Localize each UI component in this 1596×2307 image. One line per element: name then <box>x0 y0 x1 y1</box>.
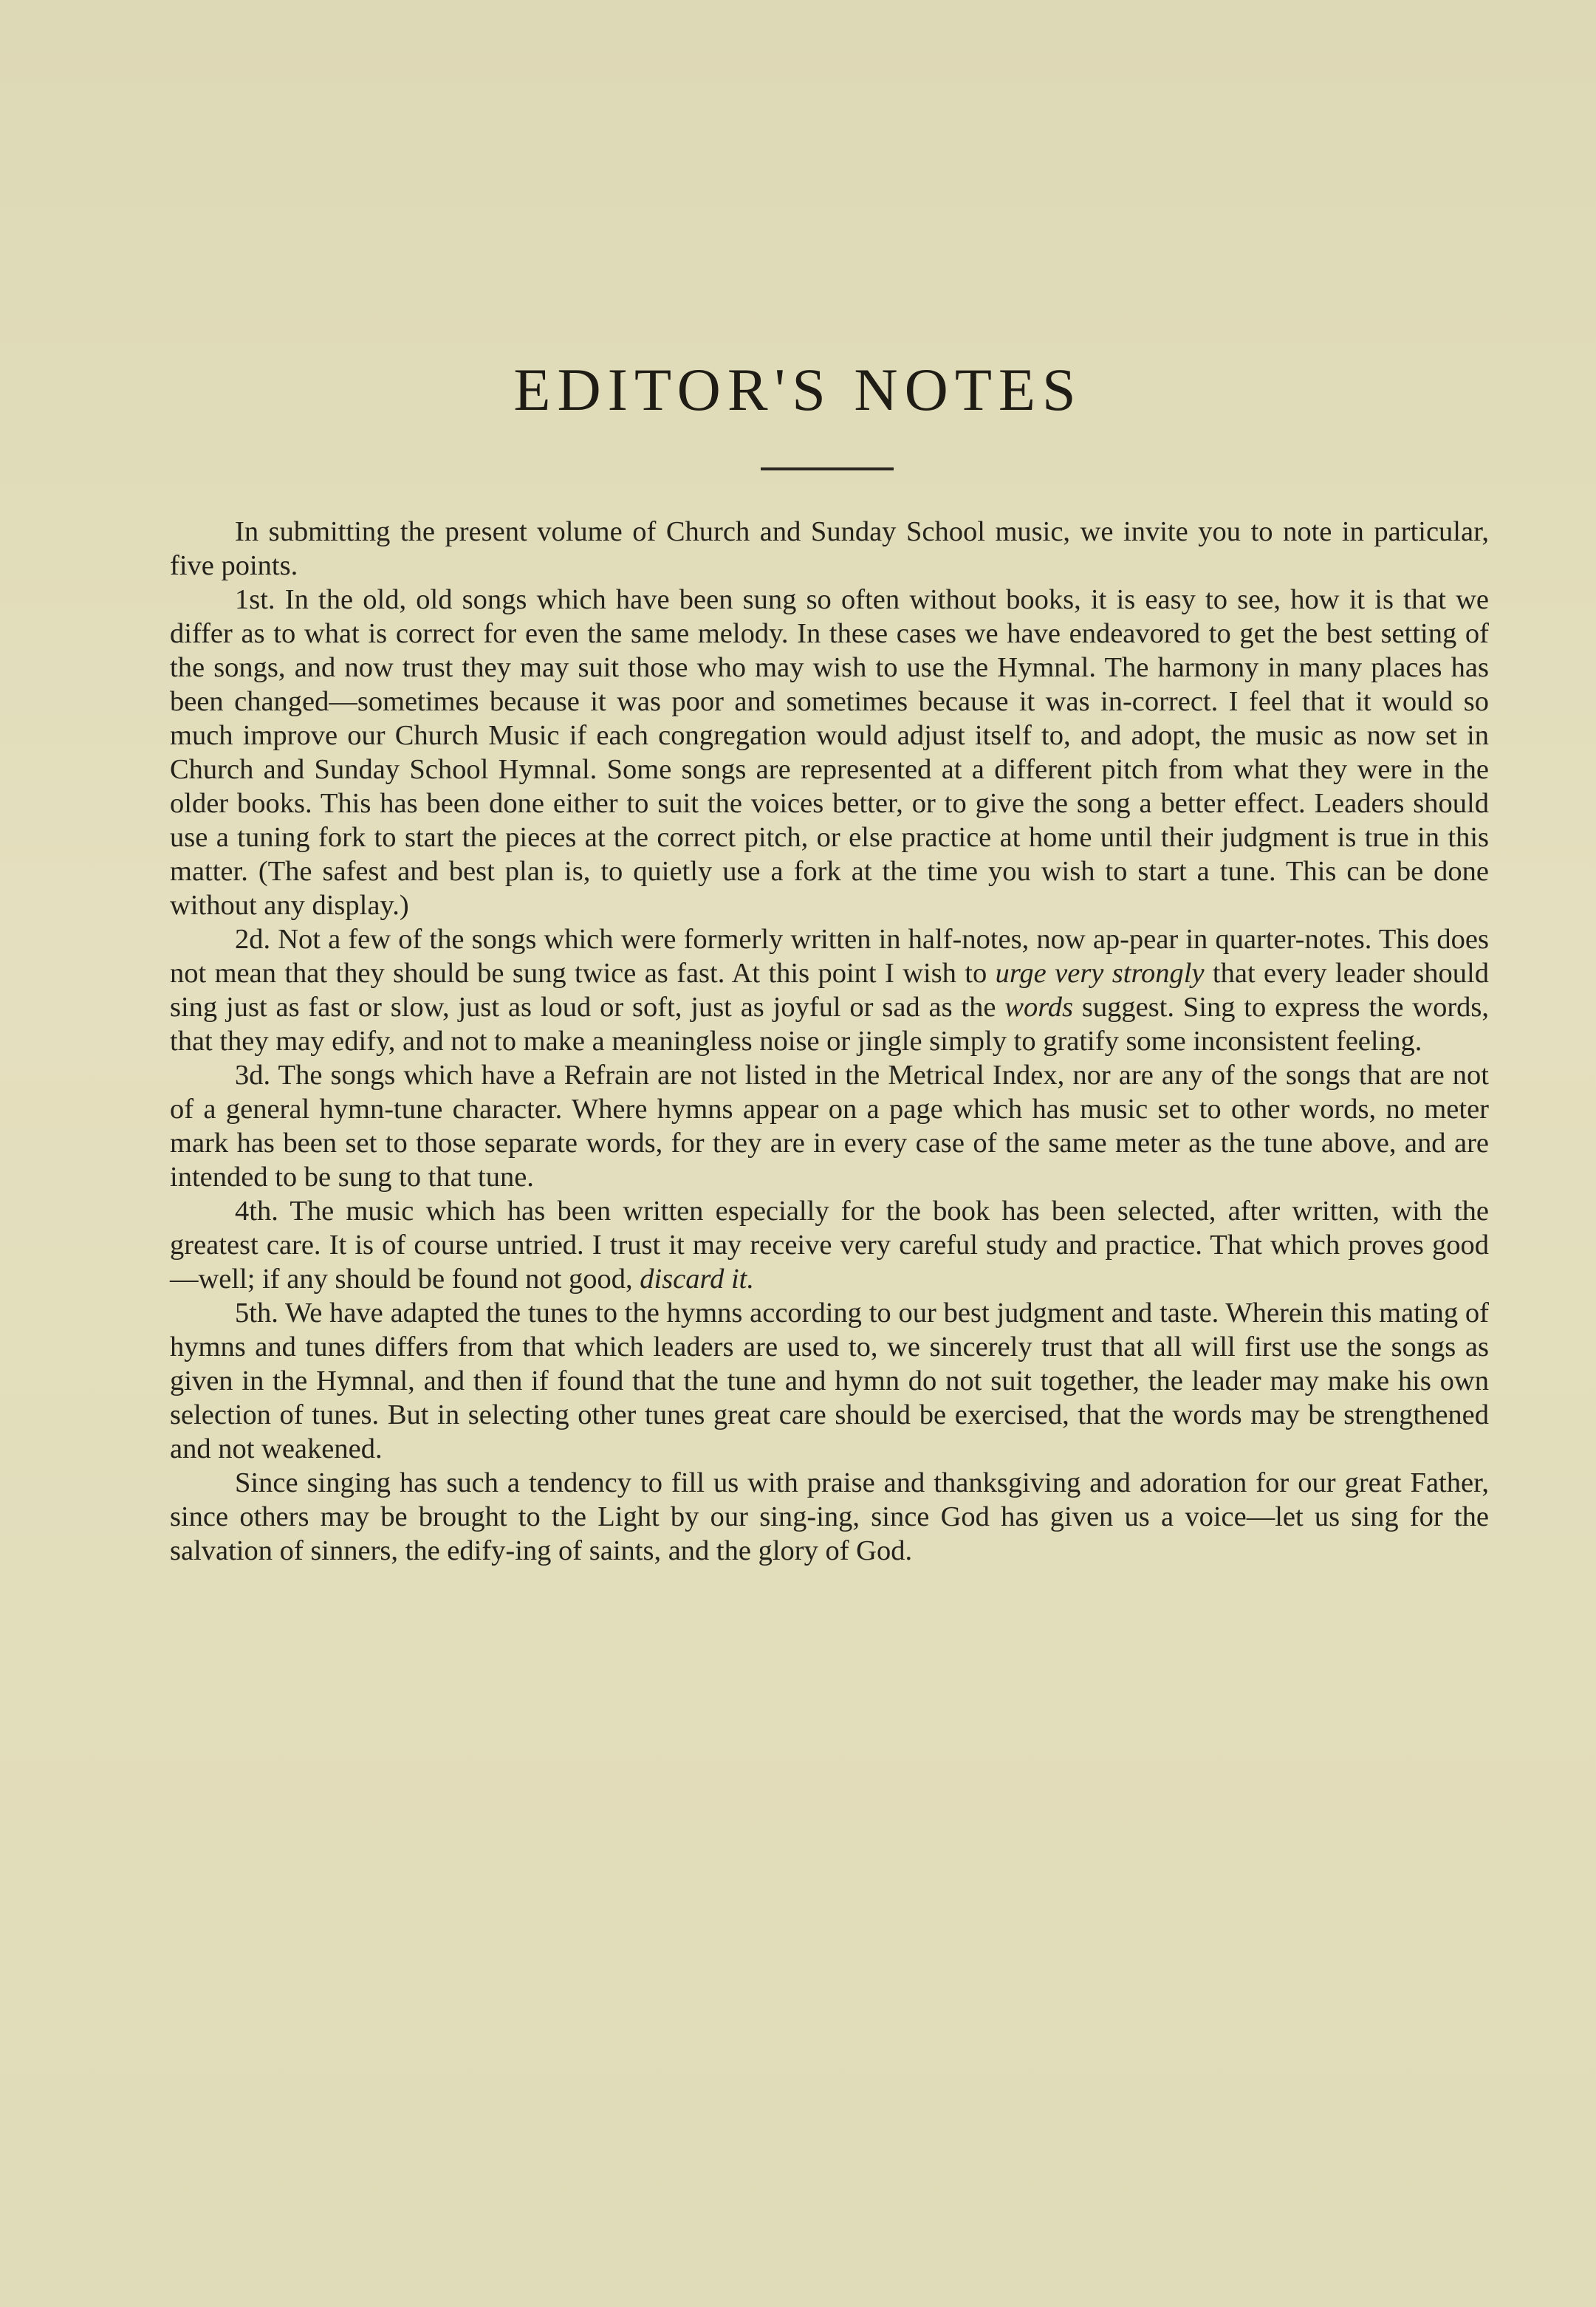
paragraph-text: 1st. In the old, old songs which have be… <box>170 584 1489 921</box>
paragraph-closing: Since singing has such a tendency to fil… <box>170 1466 1489 1568</box>
paragraph-text: 3d. The songs which have a Refrain are n… <box>170 1060 1489 1193</box>
paragraph-text: Since singing has such a tendency to fil… <box>170 1467 1489 1566</box>
title-divider <box>761 467 894 470</box>
paragraph-point-4: 4th. The music which has been written es… <box>170 1194 1489 1296</box>
paragraph-point-3: 3d. The songs which have a Refrain are n… <box>170 1058 1489 1194</box>
paragraph-point-2: 2d. Not a few of the songs which were fo… <box>170 922 1489 1058</box>
page-title: EDITOR'S NOTES <box>0 353 1596 427</box>
paragraph-point-5: 5th. We have adapted the tunes to the hy… <box>170 1296 1489 1466</box>
paragraph-text: 4th. The music which has been written es… <box>170 1196 1489 1295</box>
emphasis-text: discard it. <box>640 1264 754 1295</box>
emphasis-text: urge very strongly <box>996 958 1205 989</box>
notes-body: In submitting the present volume of Chur… <box>170 515 1489 1568</box>
paragraph-point-1: 1st. In the old, old songs which have be… <box>170 583 1489 922</box>
paragraph-text: In submitting the present volume of Chur… <box>170 516 1489 581</box>
emphasis-text: words <box>1004 992 1073 1023</box>
paragraph-intro: In submitting the present volume of Chur… <box>170 515 1489 583</box>
paragraph-text: 5th. We have adapted the tunes to the hy… <box>170 1298 1489 1464</box>
